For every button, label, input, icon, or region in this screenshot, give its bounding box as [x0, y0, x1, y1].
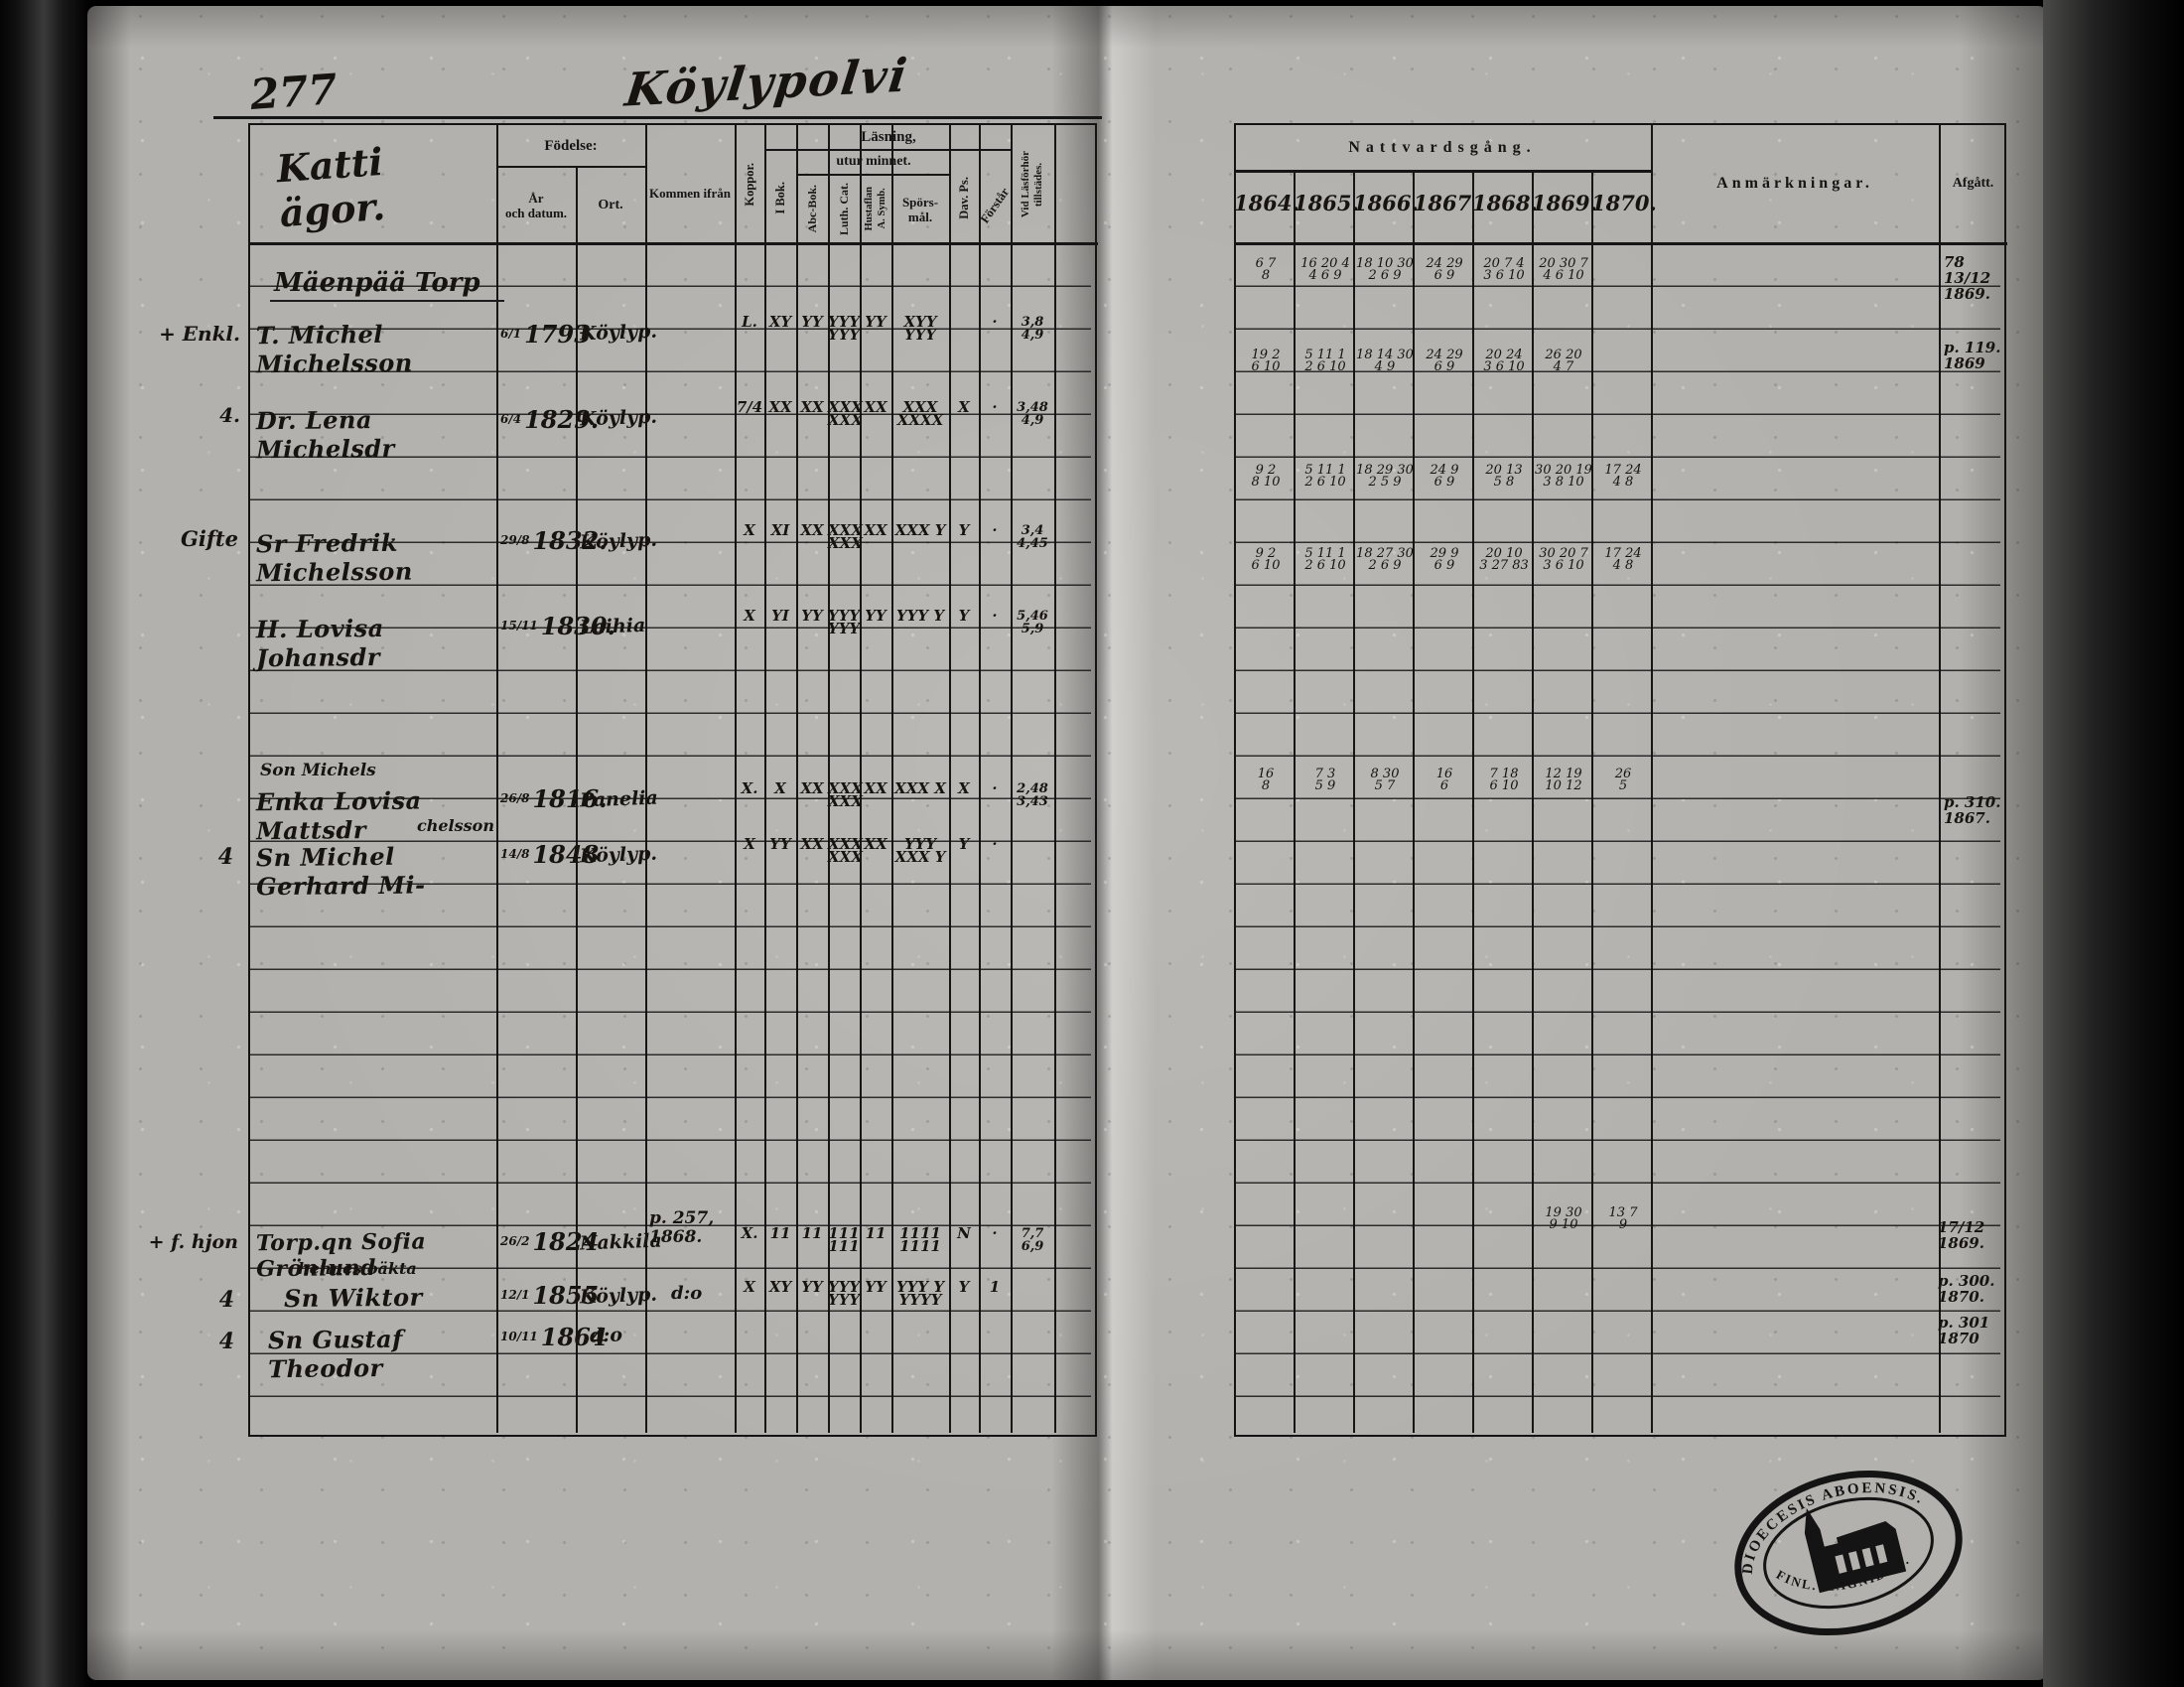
- header-luth-cat: Luth. Cat.: [828, 177, 860, 241]
- person-name: T. Michel Michelsson: [256, 319, 495, 379]
- mark: YYY Y: [891, 610, 949, 635]
- vid-lasforhor-mark: 5,46 5,9: [1011, 610, 1054, 635]
- header-koppor-label: Koppor.: [744, 163, 756, 207]
- birth-place: Panelia: [580, 787, 658, 812]
- communion-cell: [1236, 1207, 1296, 1231]
- mark: ·: [979, 524, 1011, 550]
- koppor-mark: X: [735, 524, 764, 550]
- mark: X: [949, 782, 979, 808]
- reading-marks-row: X YI YY YYY YYY YY YYY Y Y · 5,46 5,9: [735, 610, 1054, 635]
- mark: YY: [796, 316, 828, 342]
- mark: ·: [979, 316, 1011, 342]
- communion-cell: 20 24 3 6 10: [1474, 350, 1534, 373]
- communion-cell: 20 7 4 3 6 10: [1474, 258, 1534, 282]
- communion-cell: 6 7 8: [1236, 258, 1296, 282]
- mark: 1: [979, 1281, 1011, 1307]
- year-1865: 1865.: [1294, 191, 1353, 215]
- communion-row: 9 2 6 10 5 11 1 2 6 10 18 27 30 2 6 9 29…: [1236, 548, 1653, 572]
- communion-cell: 20 30 7 4 6 10: [1534, 258, 1593, 282]
- mark: XX: [860, 401, 891, 427]
- communion-cell: [1593, 350, 1653, 373]
- communion-cell: [1593, 258, 1653, 282]
- vid-lasforhor-mark: 3,8 4,9: [1011, 316, 1054, 342]
- mark: XXX XXXX: [891, 401, 949, 427]
- year-1868: 1868.: [1472, 191, 1532, 215]
- header-fodelse: Födelse:: [496, 129, 645, 163]
- header-hustaflan-label: Hustaflan A. Symb.: [863, 187, 888, 230]
- communion-cell: [1296, 1207, 1355, 1231]
- birth-date: 6/11793: [500, 320, 591, 349]
- mark: XXX X: [891, 782, 949, 808]
- mark: YYY YYY: [828, 316, 860, 342]
- communion-cell: 19 30 9 10: [1534, 1207, 1593, 1231]
- margin-note: 4: [159, 1329, 234, 1354]
- mark: XXX XXX: [828, 782, 860, 808]
- header-koppor: Koppor.: [735, 129, 764, 240]
- mark: YY: [796, 610, 828, 635]
- mark: Y: [949, 610, 979, 635]
- mark: YYY Y YYYY: [891, 1281, 949, 1307]
- mark: YY: [764, 838, 796, 864]
- header-i-bok: I Bok.: [764, 154, 796, 241]
- communion-cell: 26 5: [1593, 769, 1653, 792]
- communion-cell: 20 10 3 27 83: [1474, 548, 1534, 572]
- vid-lasforhor-mark: 7,7 6,9: [1011, 1227, 1054, 1253]
- header-i-bok-label: I Bok.: [774, 182, 787, 214]
- birth-place: Köylyp.: [580, 529, 658, 554]
- vid-lasforhor-mark: 3,48 4,9: [1011, 401, 1054, 427]
- mark: XXX XXX: [828, 401, 860, 427]
- afgatt-note: p. 300. 1870.: [1938, 1273, 2007, 1305]
- mark: XI: [764, 524, 796, 550]
- mark: XXX XXX: [828, 524, 860, 550]
- communion-cell: 18 14 30 4 9: [1355, 350, 1415, 373]
- birth-day-month: 29/8: [500, 535, 529, 546]
- communion-cell: 9 2 8 10: [1236, 465, 1296, 489]
- scanned-church-book-page: 277 Köylypolvi Katti ägor. Födelse: År o…: [0, 0, 2184, 1687]
- communion-cell: 9 2 6 10: [1236, 548, 1296, 572]
- communion-cell: 17 24 4 8: [1593, 548, 1653, 572]
- communion-row: 19 2 6 10 5 11 1 2 6 10 18 14 30 4 9 24 …: [1236, 350, 1653, 373]
- mark: XX: [860, 782, 891, 808]
- person-name: Enka Lovisa Mattsdr: [256, 785, 495, 846]
- mark: 11: [796, 1227, 828, 1253]
- vid-lasforhor-mark: 3,4 4,45: [1011, 524, 1054, 550]
- communion-cell: 19 2 6 10: [1236, 350, 1296, 373]
- name-annotation: Son Michels: [260, 761, 376, 780]
- reading-marks-row: X. X XX XXX XXX XX XXX X X · 2,48 3,43: [735, 782, 1054, 808]
- mark: XX: [796, 782, 828, 808]
- communion-cell: 20 13 5 8: [1474, 465, 1534, 489]
- person-name: Sr Fredrik Michelsson: [256, 527, 495, 588]
- communion-cell: 18 10 30 2 6 9: [1355, 258, 1415, 282]
- birth-day-month: 6/4: [500, 414, 521, 425]
- header-afgatt: Afgått.: [1939, 167, 2007, 201]
- birth-place: d:o: [590, 1324, 623, 1346]
- afgatt-note: p. 119. 1869: [1944, 340, 2005, 371]
- mark: XX: [860, 524, 891, 550]
- mark: XXX Y: [891, 524, 949, 550]
- communion-cell: 16 20 4 4 6 9: [1296, 258, 1355, 282]
- birth-day-month: 10/11: [500, 1332, 538, 1342]
- header-nattvardsgang: Nattvardsgång.: [1234, 127, 1651, 169]
- mark: ·: [979, 610, 1011, 635]
- kommen-ifran-note: p. 257, 1868.: [649, 1209, 714, 1247]
- mark: 11: [764, 1227, 796, 1253]
- mark: XY: [764, 316, 796, 342]
- communion-cell: [1474, 1207, 1534, 1231]
- communion-cell: 7 18 6 10: [1474, 769, 1534, 792]
- birth-place: Köylyp.: [580, 406, 658, 431]
- mark: YYY XXX Y: [891, 838, 949, 864]
- header-sporsmal: Spörs- mål.: [891, 182, 949, 236]
- birth-day-month: 26/2: [500, 1236, 529, 1247]
- reading-marks-row: 7/4 XX XX XXX XXX XX XXX XXXX X · 3,48 4…: [735, 401, 1054, 427]
- mark: ·: [979, 1227, 1011, 1253]
- header-vid-lasforhor: Vid Läsförhör tillstädes.: [1011, 129, 1054, 240]
- mark: X: [764, 782, 796, 808]
- vid-lasforhor-mark: [1011, 838, 1054, 864]
- mark: 111 111: [828, 1227, 860, 1253]
- koppor-mark: 7/4: [735, 401, 764, 427]
- communion-cell: 17 24 4 8: [1593, 465, 1653, 489]
- margin-note: Gifte: [139, 526, 238, 551]
- communion-cell: 8 30 5 7: [1355, 769, 1415, 792]
- header-luth-cat-label: Luth. Cat.: [838, 183, 851, 235]
- header-ar-och-datum: År och datum.: [496, 171, 576, 240]
- communion-row: 19 30 9 10 13 7 9: [1236, 1207, 1653, 1231]
- film-border-right: [2043, 0, 2184, 1687]
- communion-row: 9 2 8 10 5 11 1 2 6 10 18 29 30 2 5 9 24…: [1236, 465, 1653, 489]
- birth-day-month: 26/8: [500, 793, 529, 804]
- communion-cell: 13 7 9: [1593, 1207, 1653, 1231]
- mark: YY: [860, 1281, 891, 1307]
- margin-note: 4.: [149, 403, 240, 427]
- mark: YY: [796, 1281, 828, 1307]
- fodelse-underline: [496, 166, 645, 168]
- mark: XX: [796, 838, 828, 864]
- header-abc-bok-label: Abc-Bok.: [806, 185, 819, 232]
- right-row-ruling: [1236, 244, 2000, 1432]
- communion-cell: 16 8: [1236, 769, 1296, 792]
- koppor-mark: X: [735, 610, 764, 635]
- afgatt-note: p. 301 1870: [1938, 1315, 2007, 1346]
- vid-lasforhor-mark: [1011, 1281, 1054, 1307]
- year-1864: 1864.: [1234, 191, 1294, 215]
- page-number: 277: [248, 65, 339, 119]
- person-name: Dr. Lena Michelsdr: [256, 404, 495, 465]
- film-border-left: [0, 0, 91, 1687]
- mark: YI: [764, 610, 796, 635]
- mark: XX: [796, 401, 828, 427]
- header-abc-bok: Abc-Bok.: [796, 177, 828, 241]
- koppor-mark: L.: [735, 316, 764, 342]
- communion-row: 6 7 8 16 20 4 4 6 9 18 10 30 2 6 9 24 29…: [1236, 258, 1653, 282]
- year-1866: 1866.: [1353, 191, 1413, 215]
- utur-underline: [796, 174, 949, 176]
- birth-day-month: 12/1: [500, 1290, 529, 1301]
- mark: YYY YYY: [828, 1281, 860, 1307]
- birth-place: Köylyp.: [580, 843, 658, 868]
- kommen-ifran-note: d:o: [671, 1283, 702, 1304]
- name-annotation: hennes oäkta: [298, 1259, 417, 1278]
- farm-section-title: Mäenpää Torp: [270, 268, 504, 302]
- communion-cell: 5 11 1 2 6 10: [1296, 548, 1355, 572]
- margin-note: + f. hjon: [117, 1231, 238, 1253]
- person-name: Sn Gustaf Theodor: [268, 1324, 495, 1383]
- year-1870: 1870.: [1591, 191, 1651, 215]
- birth-place: Köylyp.: [580, 1284, 658, 1309]
- communion-cell: 5 11 1 2 6 10: [1296, 465, 1355, 489]
- communion-cell: 5 11 1 2 6 10: [1296, 350, 1355, 373]
- koppor-mark: X: [735, 1281, 764, 1307]
- year-1867: 1867: [1413, 191, 1472, 215]
- birth-place: Köylyp.: [580, 321, 658, 346]
- reading-marks-row: X XY YY YYY YYY YY YYY Y YYYY Y 1: [735, 1281, 1054, 1307]
- name-annotation: chelsson: [417, 816, 494, 835]
- communion-cell: 12 19 10 12: [1534, 769, 1593, 792]
- top-rule: [213, 116, 1102, 119]
- mark: XX: [860, 838, 891, 864]
- mark: X: [949, 401, 979, 427]
- reading-marks-row: X. 11 11 111 111 11 1111 1111 N · 7,7 6,…: [735, 1227, 1054, 1253]
- year-1869: 1869.: [1532, 191, 1591, 215]
- name-column-script-title: Katti ägor.: [275, 132, 489, 235]
- header-ort: Ort.: [576, 171, 645, 240]
- nattvard-underline: [1234, 170, 1651, 173]
- communion-row: 16 8 7 3 5 9 8 30 5 7 16 6 7 18 6 10 12 …: [1236, 769, 1653, 792]
- communion-cell: 18 27 30 2 6 9: [1355, 548, 1415, 572]
- communion-cell: [1355, 1207, 1415, 1231]
- mark: 11: [860, 1227, 891, 1253]
- mark: [949, 316, 979, 342]
- margin-note: + Enkl.: [129, 322, 240, 346]
- mark: Y: [949, 1281, 979, 1307]
- mark: YY: [860, 610, 891, 635]
- communion-cell: 26 20 4 7: [1534, 350, 1593, 373]
- person-name: Sn Wiktor: [284, 1282, 494, 1313]
- header-vid-lasforhor-label: Vid Läsförhör tillstädes.: [1020, 151, 1045, 217]
- communion-cell: 30 20 19 3 8 10: [1534, 465, 1593, 489]
- mark: 1111 1111: [891, 1227, 949, 1253]
- koppor-mark: X.: [735, 782, 764, 808]
- mark: ·: [979, 782, 1011, 808]
- mark: YY: [860, 316, 891, 342]
- communion-cell: 18 29 30 2 5 9: [1355, 465, 1415, 489]
- afgatt-note: p. 310. 1867.: [1944, 794, 2005, 826]
- header-kommen-ifran: Kommen ifrån: [645, 159, 735, 228]
- header-utur-minnet: utur minnet.: [798, 150, 949, 174]
- koppor-mark: X: [735, 838, 764, 864]
- margin-note: 4: [159, 1287, 234, 1313]
- mark: XXX XXX: [828, 838, 860, 864]
- mark: XX: [796, 524, 828, 550]
- header-lasning: Läsning,: [766, 125, 1011, 149]
- birth-day-month: 14/8: [500, 849, 529, 860]
- communion-cell: 29 9 6 9: [1415, 548, 1474, 572]
- header-hustaflan: Hustaflan A. Symb.: [860, 177, 891, 241]
- person-name: H. Lovisa Johansdr: [256, 613, 495, 673]
- mark: YYY YYY: [828, 610, 860, 635]
- vid-lasforhor-mark: 2,48 3,43: [1011, 782, 1054, 808]
- margin-note: 4: [154, 844, 233, 870]
- year-header-row: 1864. 1865. 1866. 1867 1868. 1869. 1870.: [1234, 191, 1651, 215]
- birth-day-month: 15/11: [500, 621, 538, 632]
- reading-marks-row: L. XY YY YYY YYY YY XYY YYY · 3,8 4,9: [735, 316, 1054, 342]
- communion-cell: 24 29 6 9: [1415, 350, 1474, 373]
- afgatt-note: 78 13/12 1869.: [1944, 254, 2005, 302]
- communion-cell: 16 6: [1415, 769, 1474, 792]
- person-name: Sn Michel Gerhard Mi-: [256, 841, 495, 902]
- mark: Y: [949, 838, 979, 864]
- reading-marks-row: X YY XX XXX XXX XX YYY XXX Y Y ·: [735, 838, 1054, 864]
- mark: XYY YYY: [891, 316, 949, 342]
- communion-cell: 24 29 6 9: [1415, 258, 1474, 282]
- reading-marks-row: X XI XX XXX XXX XX XXX Y Y · 3,4 4,45: [735, 524, 1054, 550]
- koppor-mark: X.: [735, 1227, 764, 1253]
- communion-cell: 30 20 7 3 6 10: [1534, 548, 1593, 572]
- communion-cell: [1415, 1207, 1474, 1231]
- mark: XX: [764, 401, 796, 427]
- birth-place: Laihia: [580, 615, 646, 638]
- communion-cell: 7 3 5 9: [1296, 769, 1355, 792]
- mark: Y: [949, 524, 979, 550]
- mark: N: [949, 1227, 979, 1253]
- mark: XY: [764, 1281, 796, 1307]
- communion-cell: 24 9 6 9: [1415, 465, 1474, 489]
- birth-day-month: 6/1: [500, 329, 521, 340]
- mark: ·: [979, 401, 1011, 427]
- header-anmarkningar: Anmärkningar.: [1651, 164, 1939, 204]
- mark: ·: [979, 838, 1011, 864]
- afgatt-note: 17/12 1869.: [1938, 1219, 2007, 1251]
